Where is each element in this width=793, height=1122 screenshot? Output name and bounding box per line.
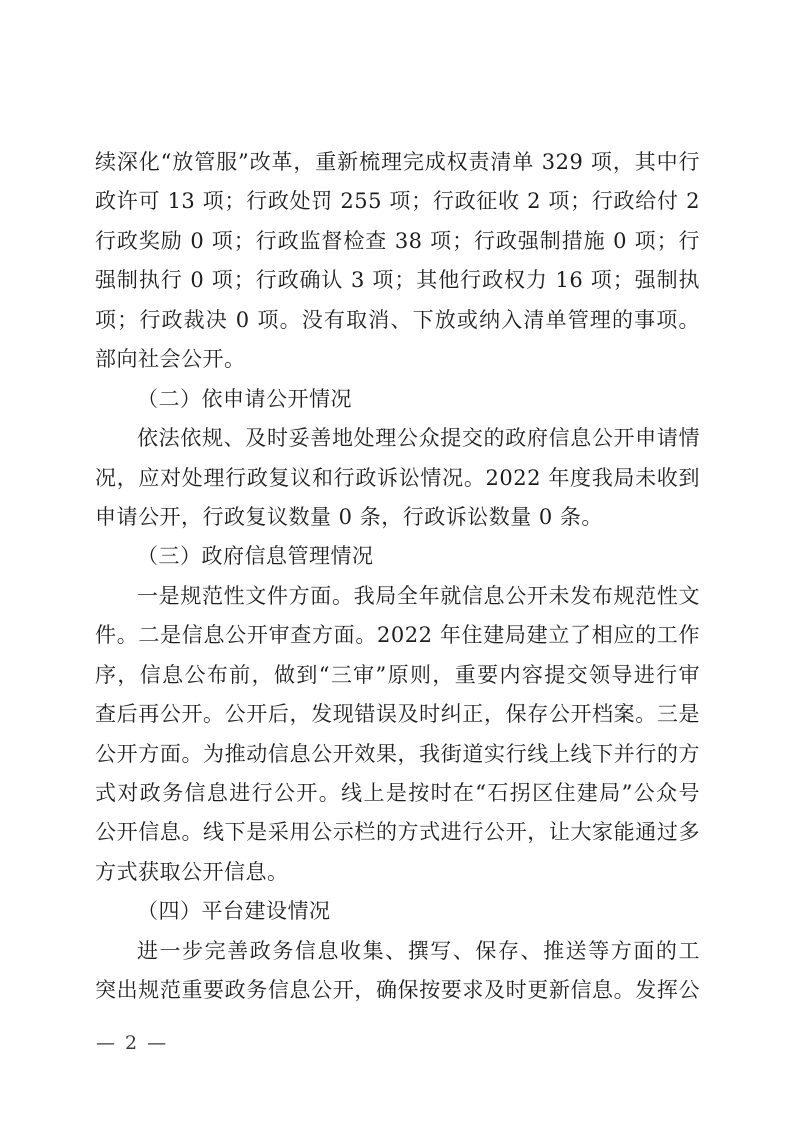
document-body: 续深化“放管服”改革，重新梳理完成权责清单 329 项，其中行 政许可 13 项…	[95, 143, 700, 1011]
text-line: 续深化“放管服”改革，重新梳理完成权责清单 329 项，其中行	[95, 143, 700, 182]
document-page: 续深化“放管服”改革，重新梳理完成权责清单 329 项，其中行 政许可 13 项…	[0, 0, 793, 1122]
text-line: 一是规范性文件方面。我局全年就信息公开未发布规范性文	[95, 577, 700, 616]
text-line: 行政奖励 0 项；行政监督检查 38 项；行政强制措施 0 项；行政	[95, 222, 700, 261]
text-line: 突出规范重要政务信息公开，确保按要求及时更新信息。发挥公	[95, 971, 700, 1010]
text-line: 公开方面。为推动信息公开效果，我街道实行线上线下并行的方	[95, 735, 700, 774]
text-line: 件。二是信息公开审查方面。2022 年住建局建立了相应的工作程	[95, 616, 700, 655]
text-line: 政许可 13 项；行政处罚 255 项；行政征收 2 项；行政给付 2 项；	[95, 182, 700, 221]
text-line: 序，信息公布前，做到“三审”原则，重要内容提交领导进行审	[95, 656, 700, 695]
text-line: 强制执行 0 项；行政确认 3 项；其他行政权力 16 项；强制执行 0	[95, 261, 700, 300]
text-line: 方式获取公开信息。	[95, 853, 700, 892]
section-heading: （四）平台建设情况	[95, 892, 700, 931]
text-line: 项；行政裁决 0 项。没有取消、下放或纳入清单管理的事项。全	[95, 301, 700, 340]
text-line: 况，应对处理行政复议和行政诉讼情况。2022 年度我局未收到依	[95, 459, 700, 498]
text-line: 申请公开，行政复议数量 0 条，行政诉讼数量 0 条。	[95, 498, 700, 537]
section-heading: （三）政府信息管理情况	[95, 537, 700, 576]
text-line: 部向社会公开。	[95, 340, 700, 379]
section-heading: （二）依申请公开情况	[95, 380, 700, 419]
page-number: — 2 —	[96, 1032, 168, 1054]
text-line: 依法依规、及时妥善地处理公众提交的政府信息公开申请情	[95, 419, 700, 458]
text-line: 查后再公开。公开后，发现错误及时纠正，保存公开档案。三是	[95, 695, 700, 734]
text-line: 进一步完善政务信息收集、撰写、保存、推送等方面的工作；	[95, 932, 700, 971]
text-line: 公开信息。线下是采用公示栏的方式进行公开，让大家能通过多	[95, 813, 700, 852]
text-line: 式对政务信息进行公开。线上是按时在“石拐区住建局”公众号	[95, 774, 700, 813]
